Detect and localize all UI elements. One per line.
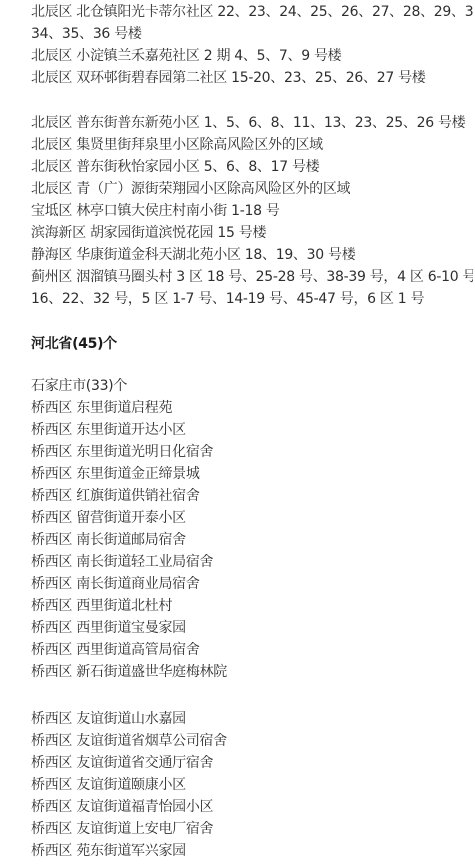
risk-area-list-line: 桥西区 友谊街道颐康小区 xyxy=(31,774,473,796)
risk-area-list-line: 北辰区 普东街秋怡家园小区 5、6、8、17 号楼 xyxy=(31,156,473,178)
risk-area-list-line: 桥西区 南长街道轻工业局宿舍 xyxy=(31,551,473,573)
risk-area-list-line: 桥西区 东里街道金正缔景城 xyxy=(31,463,473,485)
paragraph-spacer xyxy=(31,683,473,708)
risk-area-list-line: 桥西区 友谊街道福青怡园小区 xyxy=(31,796,473,818)
risk-area-list-line: 桥西区 友谊街道省交通厅宿舍 xyxy=(31,752,473,774)
risk-area-list-line: 桥西区 红旗街道供销社宿舍 xyxy=(31,485,473,507)
tianjin-risk-area-list-part2: 北辰区 普东街普东新苑小区 1、5、6、8、11、13、23、25、26 号楼北… xyxy=(31,112,473,310)
risk-area-list-line: 桥西区 西里街道宝曼家园 xyxy=(31,617,473,639)
province-section-header: 河北省(45)个 xyxy=(31,333,473,355)
risk-area-list-line: 滨海新区 胡家园街道滨悦花园 15 号楼 xyxy=(31,222,473,244)
risk-area-list-line: 桥西区 东里街道光明日化宿舍 xyxy=(31,441,473,463)
shijiazhuang-risk-area-list-part1: 石家庄市(33)个桥西区 东里街道启程苑桥西区 东里街道开达小区桥西区 东里街道… xyxy=(31,375,473,683)
risk-area-list-line: 北辰区 双环邨街碧春园第二社区 15-20、23、25、26、27 号楼 xyxy=(31,67,473,89)
risk-area-list-line: 桥西区 东里街道启程苑 xyxy=(31,397,473,419)
paragraph-spacer xyxy=(31,89,473,112)
risk-area-list-line: 桥西区 苑东街道军兴家园 xyxy=(31,840,473,862)
risk-area-list-line: 桥西区 南长街道邮局宿舍 xyxy=(31,529,473,551)
risk-area-list-line: 蓟州区 洇溜镇马圈头村 3 区 18 号、25-28 号、38-39 号，4 区… xyxy=(31,266,473,288)
risk-area-list-line: 34、35、36 号楼 xyxy=(31,23,473,45)
risk-area-list-line: 桥西区 新石街道盛世华庭梅林院 xyxy=(31,661,473,683)
risk-area-list-line: 北辰区 普东街普东新苑小区 1、5、6、8、11、13、23、25、26 号楼 xyxy=(31,112,473,134)
risk-area-list-line: 桥西区 西里街道北杜村 xyxy=(31,595,473,617)
risk-area-list-line: 桥西区 友谊街道省烟草公司宿舍 xyxy=(31,730,473,752)
section-spacer xyxy=(31,310,473,333)
risk-area-list-line: 桥西区 友谊街道上安电厂宿舍 xyxy=(31,818,473,840)
risk-area-list-line: 桥西区 友谊街道山水嘉园 xyxy=(31,708,473,730)
risk-area-list-line: 北辰区 北仓镇阳光卡蒂尔社区 22、23、24、25、26、27、28、29、3… xyxy=(31,1,473,23)
tianjin-risk-area-list-part1: 北辰区 北仓镇阳光卡蒂尔社区 22、23、24、25、26、27、28、29、3… xyxy=(31,1,473,89)
risk-area-list-line: 北辰区 集贤里街拜泉里小区除高风险区外的区域 xyxy=(31,134,473,156)
risk-area-document: 北辰区 北仓镇阳光卡蒂尔社区 22、23、24、25、26、27、28、29、3… xyxy=(0,0,475,865)
risk-area-list-line: 桥西区 西里街道高管局宿舍 xyxy=(31,639,473,661)
risk-area-list-line: 静海区 华康街道金科天湖北苑小区 18、19、30 号楼 xyxy=(31,244,473,266)
header-spacer xyxy=(31,355,473,375)
risk-area-list-line: 桥西区 东里街道开达小区 xyxy=(31,419,473,441)
risk-area-list-line: 宝坻区 林亭口镇大侯庄村南小街 1-18 号 xyxy=(31,200,473,222)
risk-area-list-line: 桥西区 留营街道开泰小区 xyxy=(31,507,473,529)
risk-area-list-line: 北辰区 青（广）源街荣翔园小区除高风险区外的区域 xyxy=(31,178,473,200)
risk-area-list-line: 桥西区 南长街道商业局宿舍 xyxy=(31,573,473,595)
risk-area-list-line: 北辰区 小淀镇兰禾嘉苑社区 2 期 4、5、7、9 号楼 xyxy=(31,45,473,67)
risk-area-list-line: 石家庄市(33)个 xyxy=(31,375,473,397)
shijiazhuang-risk-area-list-part2: 桥西区 友谊街道山水嘉园桥西区 友谊街道省烟草公司宿舍桥西区 友谊街道省交通厅宿… xyxy=(31,708,473,862)
risk-area-list-line: 16、22、32 号，5 区 1-7 号、14-19 号、45-47 号，6 区… xyxy=(31,288,473,310)
